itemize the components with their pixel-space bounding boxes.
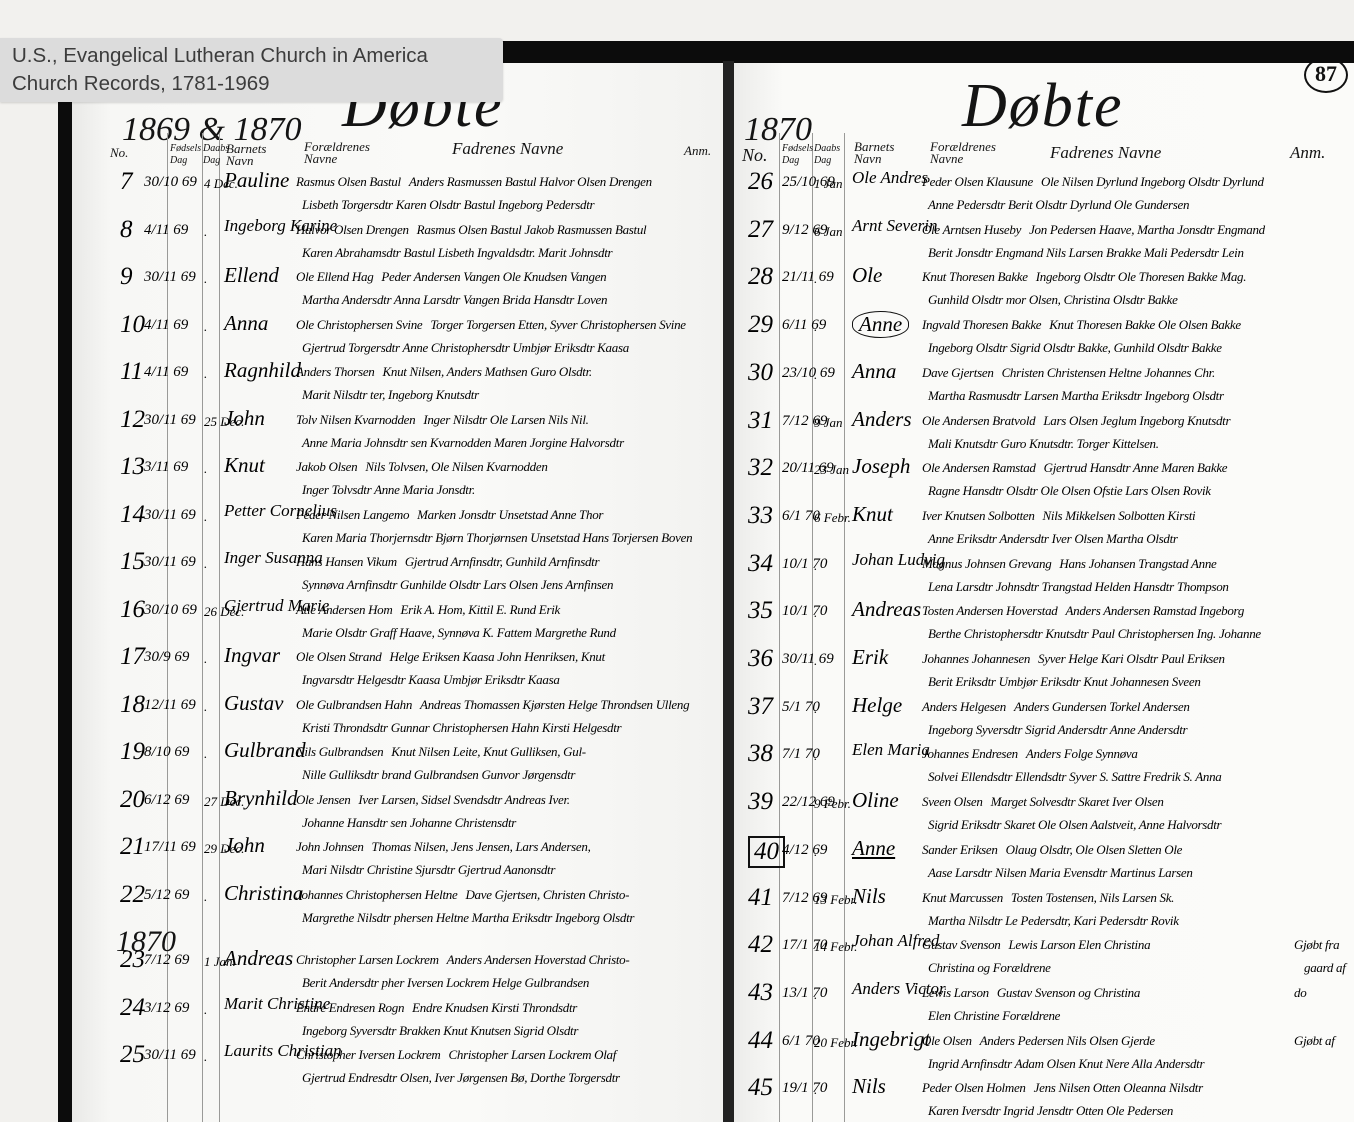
baptism-date: . (204, 889, 207, 905)
baptism-date: . (204, 224, 207, 240)
parents-names: Ingvald Thoresen Bakke (922, 317, 1041, 332)
entry-line-1: Anders ThorsenKnut Nilsen, Anders Mathse… (296, 364, 592, 380)
parents-names: Peder Olsen Klausune (922, 174, 1033, 189)
sponsors-names: Anders Pedersen Nils Olsen Gjerde (980, 1033, 1155, 1048)
baptism-date: . (204, 651, 207, 667)
birth-date: 13/1 70 (782, 985, 827, 1002)
child-name: Nils (852, 1074, 886, 1099)
entry-line-2: Anne Pedersdtr Berit Olsdtr Dyrlund Ole … (928, 197, 1189, 213)
child-name: Anne (852, 836, 895, 861)
entry-number: 44 (748, 1027, 773, 1055)
baptism-date: . (814, 367, 817, 383)
entry-line-2: Berit Eriksdtr Umbjør Eriksdtr Knut Joha… (928, 674, 1201, 690)
child-name: Joseph (852, 454, 910, 479)
entry-number: 31 (748, 407, 773, 435)
entry-row: 4217/1 7014 Febr.Johan AlfredGustav Sven… (734, 931, 1354, 978)
entry-row: 243/12 69.Marit ChristineEndre Endresen … (72, 994, 723, 1041)
entry-number: 17 (120, 643, 145, 671)
baptism-date: . (204, 699, 207, 715)
entry-line-2: Berit Andersdtr pher Iversen Lockrem Hel… (302, 975, 589, 991)
parents-names: Tosten Andersen Hoverstad (922, 603, 1058, 618)
baptism-date: . (814, 319, 817, 335)
parents-names: Tolv Nilsen Kvarnodden (296, 412, 415, 427)
entry-number: 15 (120, 548, 145, 576)
entry-row: 2821/11 69.OleKnut Thoresen BakkeIngebor… (734, 263, 1354, 310)
birth-date: 10/1 70 (782, 556, 827, 573)
entry-line-2: Gunhild Olsdtr mor Olsen, Christina Olsd… (928, 292, 1178, 308)
child-name: Elen Maria (852, 740, 930, 760)
right-page: 1870 Døbte 87 No. Fødsels Dag Daabs Dag … (734, 63, 1354, 1122)
col-child-name: Barnets Navn (226, 143, 286, 167)
entry-line-1: Ole Ellend HagPeder Andersen Vangen Ole … (296, 269, 606, 285)
entry-number: 12 (120, 406, 145, 434)
entry-row: 2625/10 691 JanOle AndresPeder Olsen Kla… (734, 168, 1354, 215)
birth-date: 30/9 69 (144, 649, 189, 666)
sponsors-names: Hans Johansen Trangstad Anne (1059, 556, 1216, 571)
entry-line-1: Ole OlsenAnders Pedersen Nils Olsen Gjer… (922, 1033, 1155, 1049)
tooltip-line-2: Church Records, 1781-1969 (12, 70, 491, 98)
parents-names: Hans Hansen Vikum (296, 554, 397, 569)
child-name: Ingebrigt (852, 1027, 930, 1052)
sponsors-names: Lars Olsen Jeglum Ingeborg Knutsdtr (1043, 413, 1230, 428)
entry-row: 387/1 70.Elen MariaJohannes EndresenAnde… (734, 740, 1354, 787)
entry-number: 19 (120, 738, 145, 766)
sponsors-names: Iver Larsen, Sidsel Svendsdtr Andreas Iv… (358, 792, 569, 807)
sponsors-names: Torger Torgersen Etten, Syver Christophe… (430, 317, 685, 332)
baptism-date: . (204, 556, 207, 572)
entry-row: 3630/11 69.ErikJohannes JohannesenSyver … (734, 645, 1354, 692)
parents-names: Atle Andersen Hom (296, 602, 392, 617)
entry-row: 4519/1 70.NilsPeder Olsen HolmenJens Nil… (734, 1074, 1354, 1121)
entry-line-1: Iver Knutsen SolbottenNils Mikkelsen Sol… (922, 508, 1195, 524)
child-name: Gulbrand (224, 738, 306, 763)
baptism-date: 6 Febr. (814, 510, 851, 526)
entry-row: 198/10 69.GulbrandNils GulbrandsenKnut N… (72, 738, 723, 785)
birth-date: 4/11 69 (144, 222, 188, 239)
child-name: Oline (852, 788, 899, 813)
sponsors-names: Anders Rasmussen Bastul Halvor Olsen Dre… (409, 174, 652, 189)
sponsors-names: Gjertrud Hansdtr Anne Maren Bakke (1044, 460, 1228, 475)
entry-line-1: Anders HelgesenAnders Gundersen Torkel A… (922, 699, 1190, 715)
entry-number: 24 (120, 994, 145, 1022)
entry-line-2: Nille Gulliksdtr brand Gulbrandsen Gunvo… (302, 767, 575, 783)
entry-line-2: Karen Iversdtr Ingrid Jensdtr Otten Ole … (928, 1103, 1173, 1119)
sponsors-names: Nils Mikkelsen Solbotten Kirsti (1043, 508, 1196, 523)
child-name: Ole (852, 263, 882, 288)
col-birth-day: Fødsels Dag (782, 143, 812, 167)
birth-date: 30/11 69 (144, 412, 196, 429)
parents-names: Johannes Johannesen (922, 651, 1030, 666)
entry-row: 133/11 69.KnutJakob OlsenNils Tolvsen, O… (72, 453, 723, 500)
entry-line-1: Ole JensenIver Larsen, Sidsel Svendsdtr … (296, 792, 570, 808)
entry-line-2: Karen Abrahamsdtr Bastul Lisbeth Ingvald… (302, 245, 612, 261)
parents-names: Sveen Olsen (922, 794, 983, 809)
sponsors-names: Knut Thoresen Bakke Ole Olsen Bakke (1049, 317, 1241, 332)
sponsors-names: Jon Pedersen Haave, Martha Jonsdtr Engma… (1029, 222, 1265, 237)
sponsors-names: Marget Solvesdtr Skaret Iver Olsen (991, 794, 1164, 809)
child-name: Knut (224, 453, 265, 478)
birth-date: 7/12 69 (144, 952, 189, 969)
birth-date: 5/12 69 (144, 887, 189, 904)
entry-line-1: Johannes Christophersen HeltneDave Gjert… (296, 887, 629, 903)
entry-number: 35 (748, 597, 773, 625)
entry-number: 16 (120, 596, 145, 624)
sponsors-names: Helge Eriksen Kaasa John Henriksen, Knut (389, 649, 604, 664)
parents-names: Christopher Iversen Lockrem (296, 1047, 441, 1062)
child-name: John (224, 833, 265, 858)
birth-date: 21/11 69 (782, 269, 834, 286)
sponsors-names: Andreas Thomassen Kjørsten Helge Thronds… (420, 697, 689, 712)
entry-row: 296/11 69.AnneIngvald Thoresen BakkeKnut… (734, 311, 1354, 358)
entry-row: 1630/10 6926 Dec.Gjertrud MarieAtle Ande… (72, 596, 723, 643)
entry-row: 84/11 69.Ingeborg KarineHalvor Olsen Dre… (72, 216, 723, 263)
entry-line-2: Margrethe Nilsdtr phersen Heltne Martha … (302, 910, 634, 926)
entry-line-1: Lewis LarsonGustav Svenson og Christina (922, 985, 1140, 1001)
sponsors-names: Jens Nilsen Otten Oleanna Nilsdtr (1034, 1080, 1203, 1095)
entry-number: 30 (748, 359, 773, 387)
entry-number: 37 (748, 693, 773, 721)
entry-row: 279/12 696 JanArnt SeverinOle Arntsen Hu… (734, 216, 1354, 263)
birth-date: 30/11 69 (144, 554, 196, 571)
entry-row: 225/12 69.ChristinaJohannes Christophers… (72, 881, 723, 928)
entry-line-2: Marie Olsdtr Graff Haave, Synnøva K. Fat… (302, 625, 616, 641)
entry-line-2: Marit Nilsdtr ter, Ingeborg Knutsdtr (302, 387, 479, 403)
entry-number: 7 (120, 168, 133, 196)
parents-names: Ole Andersen Bratvold (922, 413, 1035, 428)
birth-date: 30/11 69 (144, 507, 196, 524)
entry-line-2: Lena Larsdtr Johnsdtr Trangstad Helden H… (928, 579, 1229, 595)
entry-line-1: Gustav SvensonLewis Larson Elen Christin… (922, 937, 1150, 953)
entry-line-1: Ole Olsen StrandHelge Eriksen Kaasa John… (296, 649, 605, 665)
child-name: Helge (852, 693, 902, 718)
child-name: Ragnhild (224, 358, 301, 383)
entry-row: 446/1 7020 Febr.IngebrigtOle OlsenAnders… (734, 1027, 1354, 1074)
entry-line-2: Ingeborg Olsdtr Sigrid Olsdtr Bakke, Gun… (928, 340, 1222, 356)
baptism-date: 6 Jan (814, 224, 843, 240)
sponsors-names: Lewis Larson Elen Christina (1008, 937, 1150, 952)
baptism-date: . (204, 366, 207, 382)
entry-line-1: Ole Gulbrandsen HahnAndreas Thomassen Kj… (296, 697, 689, 713)
baptism-date: 13 Febr. (814, 892, 857, 908)
entry-line-2: Aase Larsdtr Nilsen Maria Evensdtr Marti… (928, 865, 1193, 881)
sponsors-names: Gjertrud Arnfinsdtr, Gunhild Arnfinsdtr (405, 554, 599, 569)
sponsors-names: Thomas Nilsen, Jens Jensen, Lars Anderse… (372, 839, 591, 854)
entry-line-2: Johanne Hansdtr sen Johanne Christensdtr (302, 815, 516, 831)
birth-date: 30/11 69 (144, 1047, 196, 1064)
child-name: Ingvar (224, 643, 280, 668)
parents-names: Dave Gjertsen (922, 365, 994, 380)
parents-names: Ole Olsen Strand (296, 649, 381, 664)
entry-line-1: Magnus Johnsen GrevangHans Johansen Tran… (922, 556, 1217, 572)
entry-line-2: Kristi Throndsdtr Gunnar Christophersen … (302, 720, 621, 736)
baptism-date: 9 Jan (814, 415, 843, 431)
entry-number: 36 (748, 645, 773, 673)
entry-row: 417/12 6913 Febr.NilsKnut MarcussenToste… (734, 884, 1354, 931)
child-name: Andreas (224, 946, 293, 971)
entry-line-1: Ole Christophersen SvineTorger Torgersen… (296, 317, 686, 333)
parents-names: Johannes Christophersen Heltne (296, 887, 457, 902)
entry-line-1: Johannes EndresenAnders Folge Synnøva (922, 746, 1138, 762)
image-viewer[interactable]: 1869 & 1870 Døbte No. Fødsels Dag Daabs … (58, 41, 1354, 1122)
remarks-line-2: gaard af (1304, 960, 1346, 976)
entry-line-1: Jakob OlsenNils Tolvsen, Ole Nilsen Kvar… (296, 459, 548, 475)
child-name: Andreas (852, 597, 921, 622)
baptism-date: . (814, 748, 817, 764)
child-name: Anne (852, 311, 909, 338)
parents-names: Sander Eriksen (922, 842, 998, 857)
entry-row: 404/12 69.AnneSander EriksenOlaug Olsdtr… (734, 836, 1354, 883)
entry-line-2: Martha Andersdtr Anna Larsdtr Vangen Bri… (302, 292, 607, 308)
entry-line-1: Ole Arntsen HusebyJon Pedersen Haave, Ma… (922, 222, 1265, 238)
parents-names: Peder Olsen Holmen (922, 1080, 1026, 1095)
right-page-title: Døbte (962, 71, 1124, 142)
entry-number: 18 (120, 691, 145, 719)
child-name: Anders (852, 407, 912, 432)
child-name: Brynhild (224, 786, 298, 811)
birth-date: 23/10 69 (782, 365, 835, 382)
entry-line-1: Tolv Nilsen KvarnoddenInger Nilsdtr Ole … (296, 412, 589, 428)
parents-names: Christopher Larsen Lockrem (296, 952, 439, 967)
sponsors-names: Christen Christensen Heltne Johannes Chr… (1002, 365, 1215, 380)
sponsors-names: Knut Nilsen, Anders Mathsen Guro Olsdtr. (383, 364, 592, 379)
sponsors-names: Rasmus Olsen Bastul Jakob Rasmussen Bast… (417, 222, 647, 237)
child-name: Erik (852, 645, 888, 670)
entry-line-1: Ingvald Thoresen BakkeKnut Thoresen Bakk… (922, 317, 1241, 333)
sponsors-names: Dave Gjertsen, Christen Christo- (465, 887, 629, 902)
entry-number: 10 (120, 311, 145, 339)
entry-line-2: Mari Nilsdtr Christine Sjursdtr Gjertrud… (302, 862, 555, 878)
col-no: No. (742, 149, 768, 161)
entry-line-1: Peder Olsen KlausuneOle Nilsen Dyrlund I… (922, 174, 1264, 190)
entry-row: 317/12 699 JanAndersOle Andersen Bratvol… (734, 407, 1354, 454)
sponsors-names: Anders Andersen Hoverstad Christo- (447, 952, 630, 967)
child-name: John (224, 406, 265, 431)
entry-line-1: Christopher Iversen LockremChristopher L… (296, 1047, 616, 1063)
entry-row: 1530/11 69.Inger SusannaHans Hansen Viku… (72, 548, 723, 595)
entry-row: 237/12 691 Jan.AndreasChristopher Larsen… (72, 946, 723, 993)
baptism-date: 9 Febr. (814, 796, 851, 812)
sponsors-names: Christopher Larsen Lockrem Olaf (449, 1047, 617, 1062)
entry-line-2: Berit Jonsdtr Engmand Nils Larsen Brakke… (928, 245, 1244, 261)
baptism-date: 14 Febr. (814, 939, 857, 955)
entry-line-1: Atle Andersen HomErik A. Hom, Kittil E. … (296, 602, 560, 618)
entry-line-2: Martha Rasmusdtr Larsen Martha Eriksdtr … (928, 388, 1224, 404)
entry-number: 11 (120, 358, 143, 386)
birth-date: 6/11 69 (782, 317, 826, 334)
sponsors-names: Knut Nilsen Leite, Knut Gulliksen, Gul- (391, 744, 586, 759)
child-name: Pauline (224, 168, 289, 193)
birth-date: 30/10 69 (144, 174, 197, 191)
entry-line-1: Halvor Olsen DrengenRasmus Olsen Bastul … (296, 222, 646, 238)
parents-names: Gustav Svenson (922, 937, 1000, 952)
entry-line-1: John JohnsenThomas Nilsen, Jens Jensen, … (296, 839, 591, 855)
entry-number: 27 (748, 216, 773, 244)
parents-names: Anders Thorsen (296, 364, 375, 379)
sponsors-names: Marken Jonsdtr Unsetstad Anne Thor (417, 507, 603, 522)
entry-row: 104/11 69.AnnaOle Christophersen SvineTo… (72, 311, 723, 358)
book-gutter (723, 61, 734, 1122)
entry-line-2: Martha Nilsdtr Le Pedersdtr, Kari Peders… (928, 913, 1179, 929)
baptism-date: . (814, 558, 817, 574)
parents-names: Anders Helgesen (922, 699, 1006, 714)
entry-number: 33 (748, 502, 773, 530)
parents-names: Halvor Olsen Drengen (296, 222, 409, 237)
parents-names: Ole Olsen (922, 1033, 972, 1048)
entry-line-2: Berthe Christophersdtr Knutsdtr Paul Chr… (928, 626, 1261, 642)
entry-number: 13 (120, 453, 145, 481)
entry-line-2: Synnøva Arnfinsdtr Gunhilde Olsdtr Lars … (302, 577, 613, 593)
birth-date: 17/11 69 (144, 839, 196, 856)
parents-names: Knut Marcussen (922, 890, 1003, 905)
sponsors-names: Tosten Tostensen, Nils Larsen Sk. (1011, 890, 1174, 905)
sponsors-names: Ole Nilsen Dyrlund Ingeborg Olsdtr Dyrlu… (1041, 174, 1264, 189)
baptism-date: 1 Jan (814, 176, 843, 192)
entry-line-1: Hans Hansen VikumGjertrud Arnfinsdtr, Gu… (296, 554, 599, 570)
entry-line-2: Inger Tolvsdtr Anne Maria Jonsdtr. (302, 482, 475, 498)
entry-row: 3220/11 6923 JanJosephOle Andersen Ramst… (734, 454, 1354, 501)
birth-date: 12/11 69 (144, 697, 196, 714)
parents-names: John Johnsen (296, 839, 364, 854)
sponsors-names: Ingeborg Olsdtr Ole Thoresen Bakke Mag. (1036, 269, 1246, 284)
entry-number: 29 (748, 311, 773, 339)
entry-number: 32 (748, 454, 773, 482)
entry-line-1: Ole Andersen RamstadGjertrud Hansdtr Ann… (922, 460, 1227, 476)
entry-line-2: Anne Eriksdtr Andersdtr Iver Olsen Marth… (928, 531, 1178, 547)
entry-row: 1812/11 69.GustavOle Gulbrandsen HahnAnd… (72, 691, 723, 738)
entry-line-1: Knut Thoresen BakkeIngeborg Olsdtr Ole T… (922, 269, 1246, 285)
sponsors-names: Anders Andersen Ramstad Ingeborg (1066, 603, 1245, 618)
entry-line-1: Peder Olsen HolmenJens Nilsen Otten Olea… (922, 1080, 1203, 1096)
baptism-date: . (814, 987, 817, 1003)
child-name: Ole Andres (852, 168, 928, 188)
entry-number: 22 (120, 881, 145, 909)
entry-row: 3410/1 70.Johan LudvigMagnus Johnsen Gre… (734, 550, 1354, 597)
col-birth-day: Fødsels Dag (170, 143, 200, 167)
parents-names: Endre Endresen Rogn (296, 1000, 404, 1015)
baptism-date: 23 Jan (814, 462, 849, 478)
entry-row: 336/1 706 Febr.KnutIver Knutsen Solbotte… (734, 502, 1354, 549)
entry-line-2: Christina og Forældrene (928, 960, 1051, 976)
baptism-date: . (204, 319, 207, 335)
entry-line-2: Sigrid Eriksdtr Skaret Ole Olsen Aalstve… (928, 817, 1221, 833)
sponsors-names: Anders Folge Synnøva (1026, 746, 1138, 761)
entry-line-2: Gjertrud Torgersdtr Anne Christophersdtr… (302, 340, 629, 356)
entry-line-2: Ingrid Arnfinsdtr Adam Olsen Knut Nere A… (928, 1056, 1204, 1072)
col-parents-names: Forældrenes Navne (930, 141, 1000, 165)
entry-line-1: Ole Andersen BratvoldLars Olsen Jeglum I… (922, 413, 1230, 429)
baptism-date: . (814, 605, 817, 621)
entry-row: 1730/9 69.IngvarOle Olsen StrandHelge Er… (72, 643, 723, 690)
sponsors-names: Peder Andersen Vangen Ole Knudsen Vangen (381, 269, 606, 284)
entry-line-2: Mali Knutsdtr Guro Knutsdtr. Torger Kitt… (928, 436, 1159, 452)
baptism-date: . (814, 844, 817, 860)
entry-line-1: Endre Endresen RognEndre Knudsen Kirsti … (296, 1000, 577, 1016)
entry-row: 375/1 70.HelgeAnders HelgesenAnders Gund… (734, 693, 1354, 740)
left-page: 1869 & 1870 Døbte No. Fødsels Dag Daabs … (72, 63, 723, 1122)
parents-names: Ole Andersen Ramstad (922, 460, 1036, 475)
birth-date: 3/12 69 (144, 1000, 189, 1017)
entry-row: 2530/11 69.Laurits ChristianChristopher … (72, 1041, 723, 1088)
entry-number: 43 (748, 979, 773, 1007)
birth-date: 4/12 69 (782, 842, 827, 859)
birth-date: 6/12 69 (144, 792, 189, 809)
parents-names: Ole Arntsen Huseby (922, 222, 1021, 237)
sponsors-names: Endre Knudsen Kirsti Throndsdtr (412, 1000, 577, 1015)
col-baptism-day: Daabs Dag (203, 143, 223, 167)
entry-number: 20 (120, 786, 145, 814)
entry-number: 26 (748, 168, 773, 196)
birth-date: 4/11 69 (144, 364, 188, 381)
child-name: Gustav (224, 691, 284, 716)
entry-line-1: Dave GjertsenChristen Christensen Heltne… (922, 365, 1215, 381)
entry-line-1: Tosten Andersen HoverstadAnders Andersen… (922, 603, 1244, 619)
birth-date: 30/10 69 (144, 602, 197, 619)
entry-row: 3023/10 69.AnnaDave GjertsenChristen Chr… (734, 359, 1354, 406)
entry-number: 41 (748, 884, 773, 912)
col-remarks: Anm. (1290, 147, 1325, 159)
baptism-date: . (204, 1002, 207, 1018)
entry-line-2: Gjertrud Endresdtr Olsen, Iver Jørgensen… (302, 1070, 620, 1086)
entry-line-1: Peder Nilsen LangemoMarken Jonsdtr Unset… (296, 507, 603, 523)
parents-names: Ole Jensen (296, 792, 350, 807)
birth-date: 4/11 69 (144, 317, 188, 334)
col-parents-names: Forældrenes Navne (304, 141, 374, 165)
entry-line-1: Johannes JohannesenSyver Helge Kari Olsd… (922, 651, 1225, 667)
col-sponsors-names: Fadrenes Navne (452, 143, 563, 155)
parents-names: Iver Knutsen Solbotten (922, 508, 1035, 523)
birth-date: 19/1 70 (782, 1080, 827, 1097)
entry-line-1: Rasmus Olsen BastulAnders Rasmussen Bast… (296, 174, 652, 190)
col-child-name: Barnets Navn (854, 141, 914, 165)
entry-row: 1230/11 6925 Dec.JohnTolv Nilsen Kvarnod… (72, 406, 723, 453)
parents-names: Magnus Johnsen Grevang (922, 556, 1051, 571)
entry-line-1: Sveen OlsenMarget Solvesdtr Skaret Iver … (922, 794, 1164, 810)
sponsors-names: Olaug Olsdtr, Ole Olsen Sletten Ole (1006, 842, 1183, 857)
entry-number: 28 (748, 263, 773, 291)
sponsors-names: Erik A. Hom, Kittil E. Rund Erik (400, 602, 560, 617)
baptism-date: . (204, 1049, 207, 1065)
entry-line-1: Knut MarcussenTosten Tostensen, Nils Lar… (922, 890, 1174, 906)
entry-number: 40 (748, 836, 785, 868)
child-name: Christina (224, 881, 303, 906)
page-number: 87 (1304, 63, 1348, 93)
entry-line-1: Christopher Larsen LockremAnders Anderse… (296, 952, 629, 968)
baptism-date: . (814, 1082, 817, 1098)
entry-number: 21 (120, 833, 145, 861)
birth-date: 30/11 69 (144, 269, 196, 286)
entry-line-1: Sander EriksenOlaug Olsdtr, Ole Olsen Sl… (922, 842, 1182, 858)
birth-date: 10/1 70 (782, 603, 827, 620)
entry-number: 14 (120, 501, 145, 529)
remarks: do (1294, 985, 1306, 1001)
baptism-date: . (204, 461, 207, 477)
baptism-date: . (204, 746, 207, 762)
col-remarks: Anm. (684, 145, 711, 157)
col-sponsors-names: Fadrenes Navne (1050, 147, 1161, 159)
sponsors-names: Inger Nilsdtr Ole Larsen Nils Nil. (423, 412, 588, 427)
remarks: Gjøbt af (1294, 1033, 1335, 1049)
entry-line-2: Solvei Ellendsdtr Ellendsdtr Syver S. Sa… (928, 769, 1221, 785)
entry-line-2: Ingeborg Syversdtr Sigrid Andersdtr Anne… (928, 722, 1187, 738)
entry-number: 42 (748, 931, 773, 959)
birth-date: 30/11 69 (782, 651, 834, 668)
baptism-date: . (814, 701, 817, 717)
parents-names: Peder Nilsen Langemo (296, 507, 409, 522)
child-name: Anna (224, 311, 268, 336)
entry-row: 2117/11 6929 Dec.JohnJohn JohnsenThomas … (72, 833, 723, 880)
sponsors-names: Nils Tolvsen, Ole Nilsen Kvarnodden (365, 459, 547, 474)
entry-line-2: Ragne Hansdtr Olsdtr Ole Olsen Ofstie La… (928, 483, 1211, 499)
